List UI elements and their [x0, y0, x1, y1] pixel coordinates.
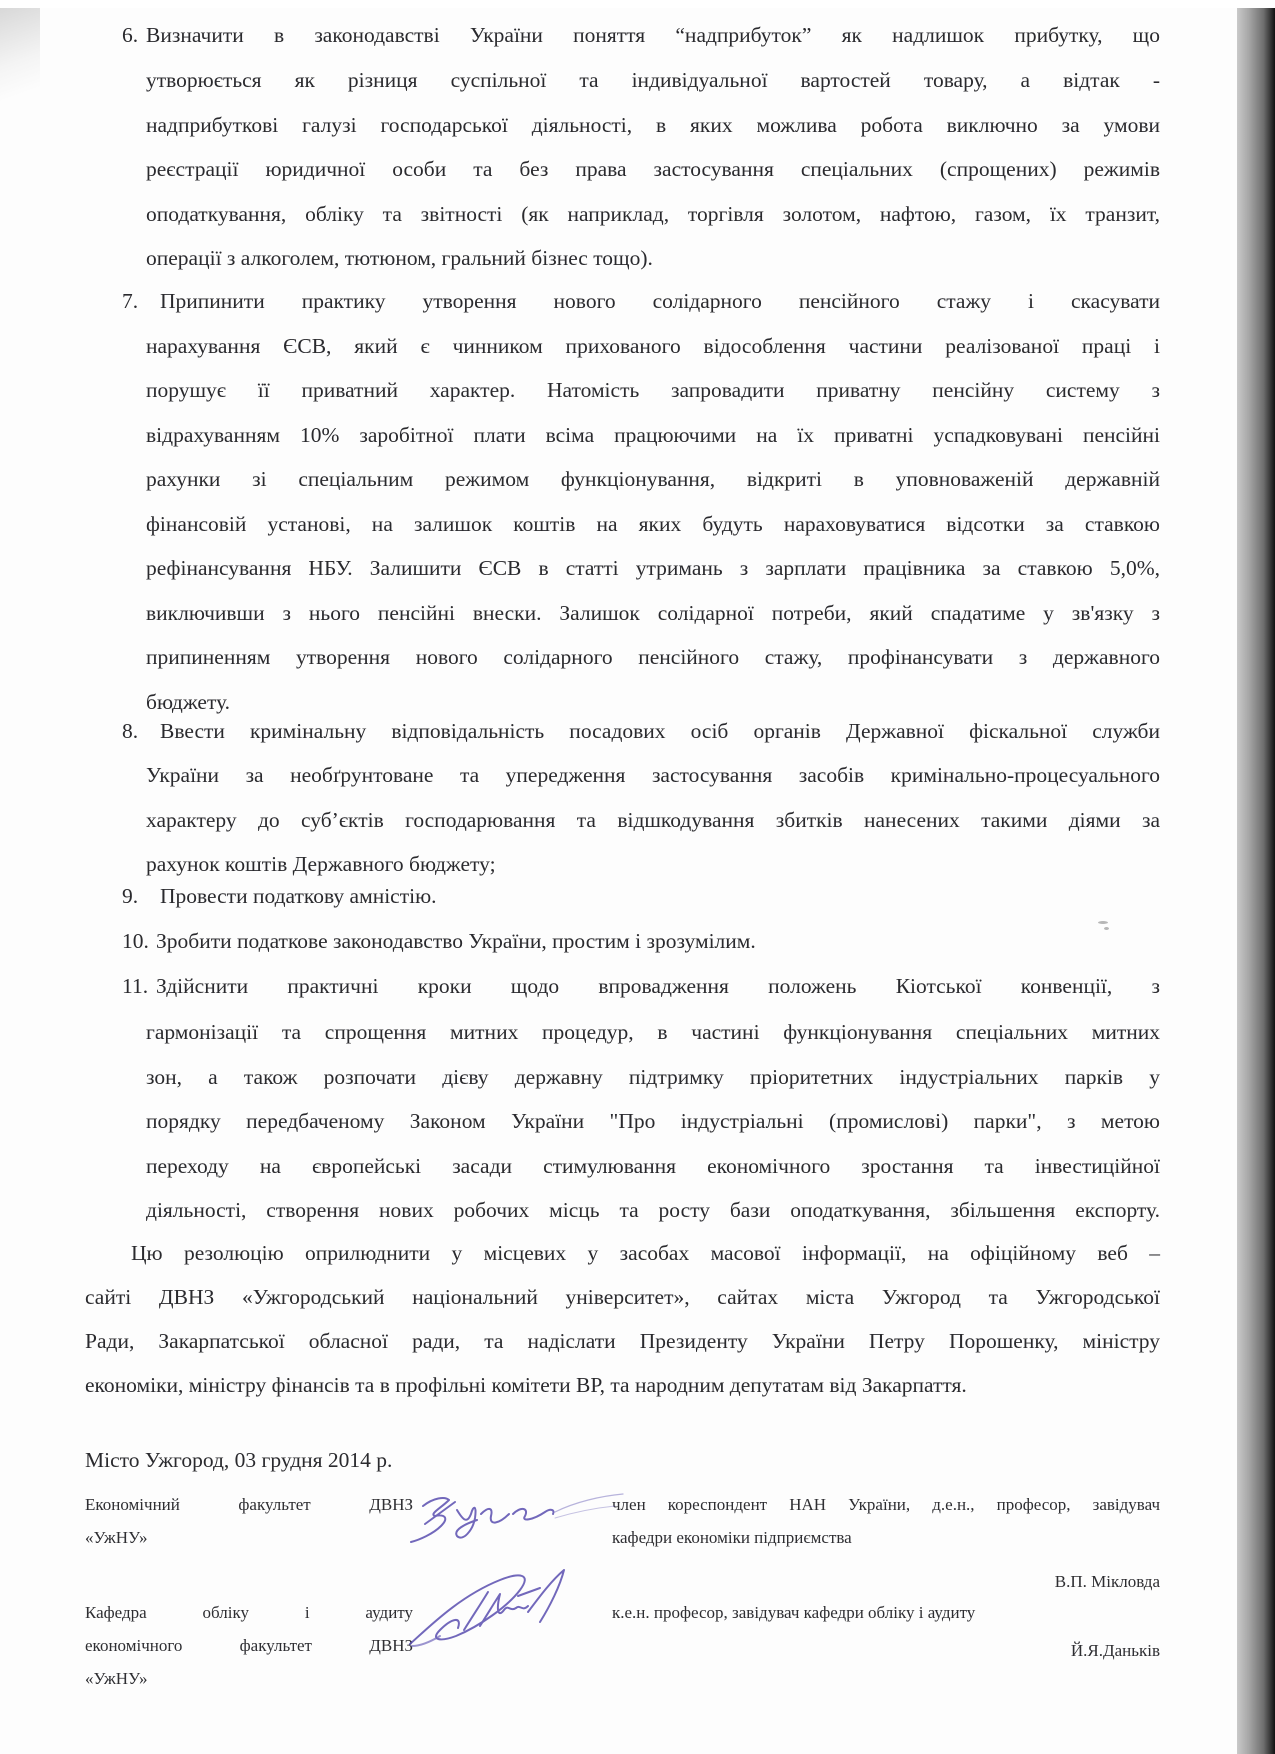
- item-text-line: гармонізації та спрощення митних процеду…: [146, 1019, 1160, 1045]
- place-date: Місто Ужгород, 03 грудня 2014 р.: [85, 1447, 392, 1473]
- signatory-org-line: Економічний факультет ДВНЗ: [85, 1494, 413, 1516]
- item-text-line: реєстрації юридичної особи та без права …: [146, 156, 1160, 182]
- signatory-org-line: «УжНУ»: [85, 1527, 148, 1549]
- item-number: 11.: [122, 973, 148, 999]
- scan-speck: [1098, 921, 1108, 924]
- scan-corner-shadow: [0, 8, 40, 128]
- item-text-line: операції з алкоголем, тютюном, гральний …: [146, 245, 1160, 271]
- item-text-line: Припинити практику утворення нового солі…: [160, 288, 1160, 314]
- scan-speck: [1104, 927, 1109, 930]
- item-text-line: припиненням утворення нового солідарного…: [146, 644, 1160, 670]
- item-text-line: України за необґрунтоване та упередження…: [146, 762, 1160, 788]
- signatory-title-line: кафедри економіки підприємства: [612, 1527, 852, 1549]
- signatory-name: В.П. Мікловда: [1055, 1571, 1160, 1593]
- item-number: 9.: [122, 883, 138, 909]
- item-text-line: рахунок коштів Державного бюджету;: [146, 851, 1160, 877]
- item-text-line: Зробити податкове законодавство України,…: [156, 928, 956, 954]
- item-text-line: бюджету.: [146, 689, 1160, 715]
- item-text-line: зон, а також розпочати дієву державну пі…: [146, 1064, 1160, 1090]
- signatory-org-line: економічного факультет ДВНЗ: [85, 1635, 413, 1657]
- paragraph-line: Цю резолюцію оприлюднити у місцевих у за…: [131, 1240, 1160, 1266]
- paragraph-line: Ради, Закарпатської обласної ради, та на…: [85, 1328, 1160, 1354]
- item-text-line: утворюється як різниця суспільної та інд…: [146, 67, 1160, 93]
- handwritten-signature-icon: [405, 1484, 625, 1550]
- item-text-line: діяльності, створення нових робочих місц…: [146, 1197, 1160, 1223]
- paragraph-line: економіки, міністру фінансів та в профіл…: [85, 1372, 1160, 1398]
- item-number: 7.: [122, 288, 138, 314]
- item-number: 8.: [122, 718, 138, 744]
- signatory-org-line: Кафедра обліку і аудиту: [85, 1602, 413, 1624]
- item-text-line: відрахуванням 10% заробітної плати всіма…: [146, 422, 1160, 448]
- item-text-line: нарахування ЄСВ, який є чинником прихова…: [146, 333, 1160, 359]
- paragraph-line: сайті ДВНЗ «Ужгородський національний ун…: [85, 1284, 1160, 1310]
- item-text-line: порушує її приватний характер. Натомість…: [146, 377, 1160, 403]
- item-text-line: Провести податкову амністію.: [160, 883, 760, 909]
- item-text-line: Визначити в законодавстві України понятт…: [146, 22, 1160, 48]
- item-text-line: переходу на європейські засади стимулюва…: [146, 1153, 1160, 1179]
- signatory-title-line: к.е.н. професор, завідувач кафедри облік…: [612, 1602, 975, 1624]
- item-number: 6.: [122, 22, 138, 48]
- scan-edge-shadow: [1237, 8, 1275, 1754]
- item-text-line: порядку передбаченому Законом України "П…: [146, 1108, 1160, 1134]
- item-text-line: рахунки зі спеціальним режимом функціону…: [146, 466, 1160, 492]
- item-text-line: оподаткування, обліку та звітності (як н…: [146, 201, 1160, 227]
- signatory-org-line: «УжНУ»: [85, 1668, 148, 1690]
- item-text-line: рефінансування НБУ. Залишити ЄСВ в статт…: [146, 555, 1160, 581]
- scan-top-margin: [0, 0, 1275, 8]
- item-text-line: Ввести кримінальну відповідальність поса…: [160, 718, 1160, 744]
- item-text-line: надприбуткові галузі господарської діяль…: [146, 112, 1160, 138]
- item-text-line: характеру до суб’єктів господарювання та…: [146, 807, 1160, 833]
- item-text-line: Здійснити практичні кроки щодо впровадже…: [156, 973, 1160, 999]
- item-text-line: виключивши з нього пенсійні внески. Зали…: [146, 600, 1160, 626]
- item-number: 10.: [122, 928, 149, 954]
- item-text-line: фінансовій установі, на залишок коштів н…: [146, 511, 1160, 537]
- handwritten-signature-icon: [400, 1566, 580, 1650]
- signatory-name: Й.Я.Даньків: [1071, 1640, 1160, 1662]
- signatory-title-line: член кореспондент НАН України, д.е.н., п…: [612, 1494, 1160, 1516]
